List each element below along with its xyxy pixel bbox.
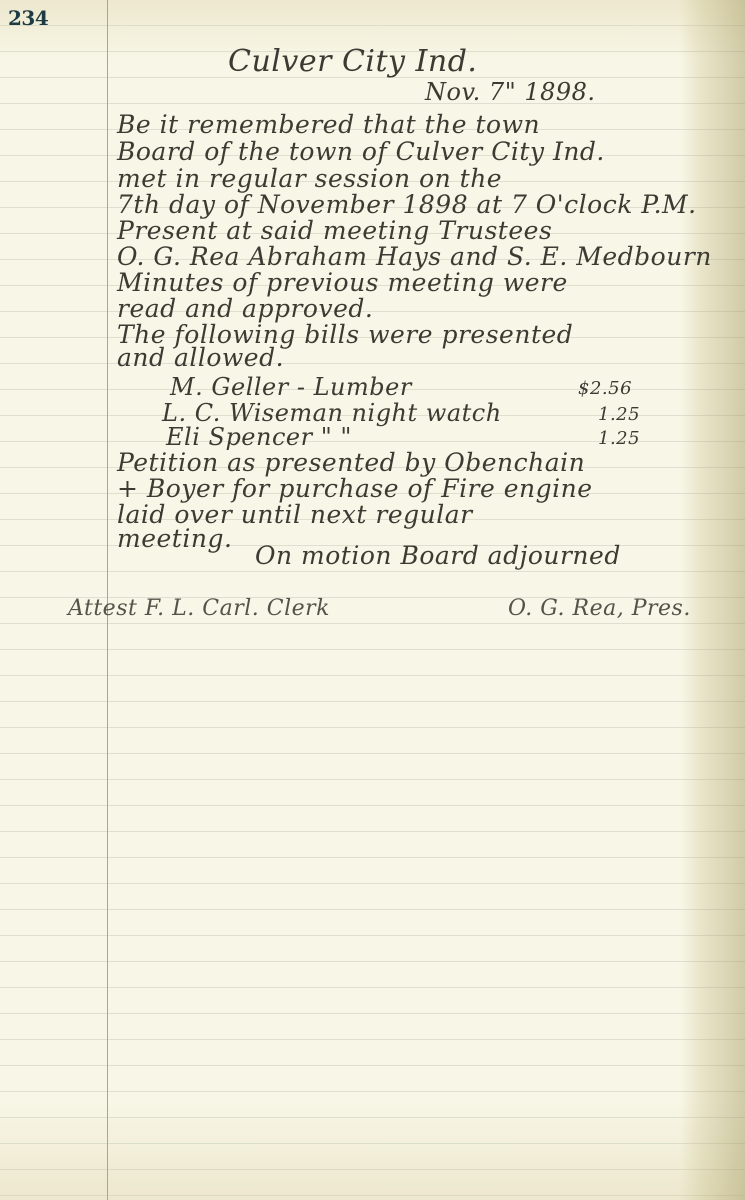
petition-line: + Boyer for purchase of Fire engine [117,474,593,503]
body-line: Present at said meeting Trustees [117,216,552,245]
closing-line: On motion Board adjourned [255,541,621,570]
body-line: Minutes of previous meeting were [117,268,568,297]
body-line: and allowed. [117,343,284,372]
president-signature: O. G. Rea, Pres. [508,596,691,621]
petition-line: meeting. [117,524,232,553]
bill-amount: 1.25 [598,428,640,449]
body-line: Be it remembered that the town [117,110,540,139]
petition-line: Petition as presented by Obenchain [117,448,585,477]
bill-payee: Eli Spencer " " [166,423,352,451]
heading-date: Nov. 7" 1898. [425,78,596,106]
page-number: 234 [8,6,48,30]
body-line: met in regular session on the [117,164,502,193]
bill-amount: 1.25 [598,404,640,425]
heading-place: Culver City Ind. [228,44,477,79]
attest-signature: Attest F. L. Carl. Clerk [68,596,330,621]
bill-amount: $2.56 [578,378,632,399]
ledger-page: 234 Culver City Ind. Nov. 7" 1898. Be it… [0,0,745,1200]
body-line: 7th day of November 1898 at 7 O'clock P.… [117,190,697,219]
bill-payee: M. Geller - Lumber [170,373,412,401]
body-line: O. G. Rea Abraham Hays and S. E. Medbour… [117,242,712,271]
body-line: Board of the town of Culver City Ind. [117,137,605,166]
body-line: read and approved. [117,294,373,323]
